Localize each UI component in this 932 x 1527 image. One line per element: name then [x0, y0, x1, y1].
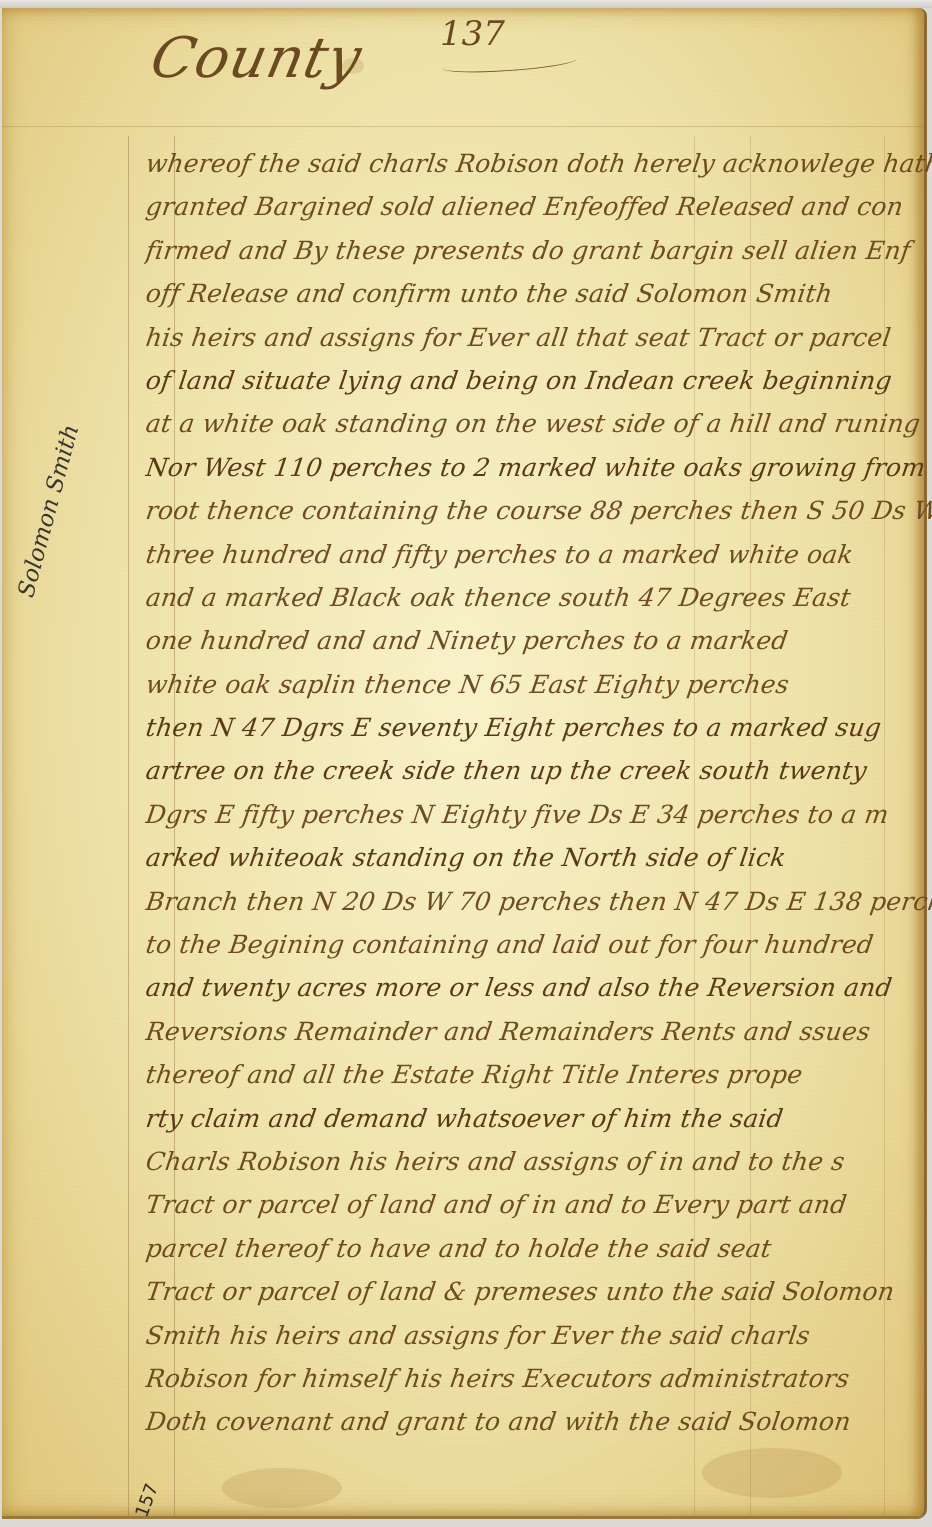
text-line: of land situate lying and being on Indea… — [143, 359, 932, 402]
manuscript-page: County 137 Solomon Smith 157 whereof the… — [2, 8, 927, 1519]
page-number: 137 — [440, 14, 505, 54]
header-rule — [2, 126, 924, 127]
text-line: his heirs and assigns for Ever all that … — [143, 316, 932, 359]
paper-stain — [222, 1468, 342, 1508]
text-line: Reversions Remainder and Remainders Rent… — [143, 1010, 932, 1053]
text-line: thereof and all the Estate Right Title I… — [143, 1053, 932, 1096]
text-line: then N 47 Dgrs E seventy Eight perches t… — [143, 706, 932, 749]
text-line: Branch then N 20 Ds W 70 perches then N … — [143, 880, 932, 923]
text-line: Nor West 110 perches to 2 marked white o… — [143, 446, 932, 489]
text-line: rty claim and demand whatsoever of him t… — [143, 1097, 932, 1140]
text-line: white oak saplin thence N 65 East Eighty… — [143, 663, 932, 706]
text-line: and twenty acres more or less and also t… — [143, 966, 932, 1009]
deed-text: whereof the said charls Robison doth her… — [146, 142, 932, 1444]
text-line: at a white oak standing on the west side… — [143, 402, 932, 445]
margin-rule — [128, 136, 129, 1516]
text-line: artree on the creek side then up the cre… — [143, 749, 932, 792]
text-line: one hundred and and Ninety perches to a … — [143, 619, 932, 662]
page-number-flourish — [442, 51, 578, 75]
text-line: granted Bargined sold aliened Enfeoffed … — [143, 185, 932, 228]
text-line: firmed and By these presents do grant ba… — [143, 229, 932, 272]
text-line: Doth covenant and grant to and with the … — [143, 1400, 932, 1443]
text-line: off Release and confirm unto the said So… — [143, 272, 932, 315]
county-heading: County — [145, 26, 368, 91]
margin-note-name: Solomon Smith — [13, 422, 84, 600]
text-line: root thence containing the course 88 per… — [143, 489, 932, 532]
text-line: Tract or parcel of land and of in and to… — [143, 1183, 932, 1226]
text-line: Charls Robison his heirs and assigns of … — [143, 1140, 932, 1183]
scanner-background-strip — [0, 0, 932, 8]
text-line: Smith his heirs and assigns for Ever the… — [143, 1314, 932, 1357]
text-line: parcel thereof to have and to holde the … — [143, 1227, 932, 1270]
paper-stain — [702, 1448, 842, 1498]
text-line: three hundred and fifty perches to a mar… — [143, 533, 932, 576]
text-line: Robison for himself his heirs Executors … — [143, 1357, 932, 1400]
text-line: Dgrs E fifty perches N Eighty five Ds E … — [143, 793, 932, 836]
text-line: and a marked Black oak thence south 47 D… — [143, 576, 932, 619]
text-line: arked whiteoak standing on the North sid… — [143, 836, 932, 879]
text-line: Tract or parcel of land & premeses unto … — [143, 1270, 932, 1313]
text-line: whereof the said charls Robison doth her… — [143, 142, 932, 185]
text-line: to the Begining containing and laid out … — [143, 923, 932, 966]
footnote-number: 157 — [131, 1481, 162, 1520]
